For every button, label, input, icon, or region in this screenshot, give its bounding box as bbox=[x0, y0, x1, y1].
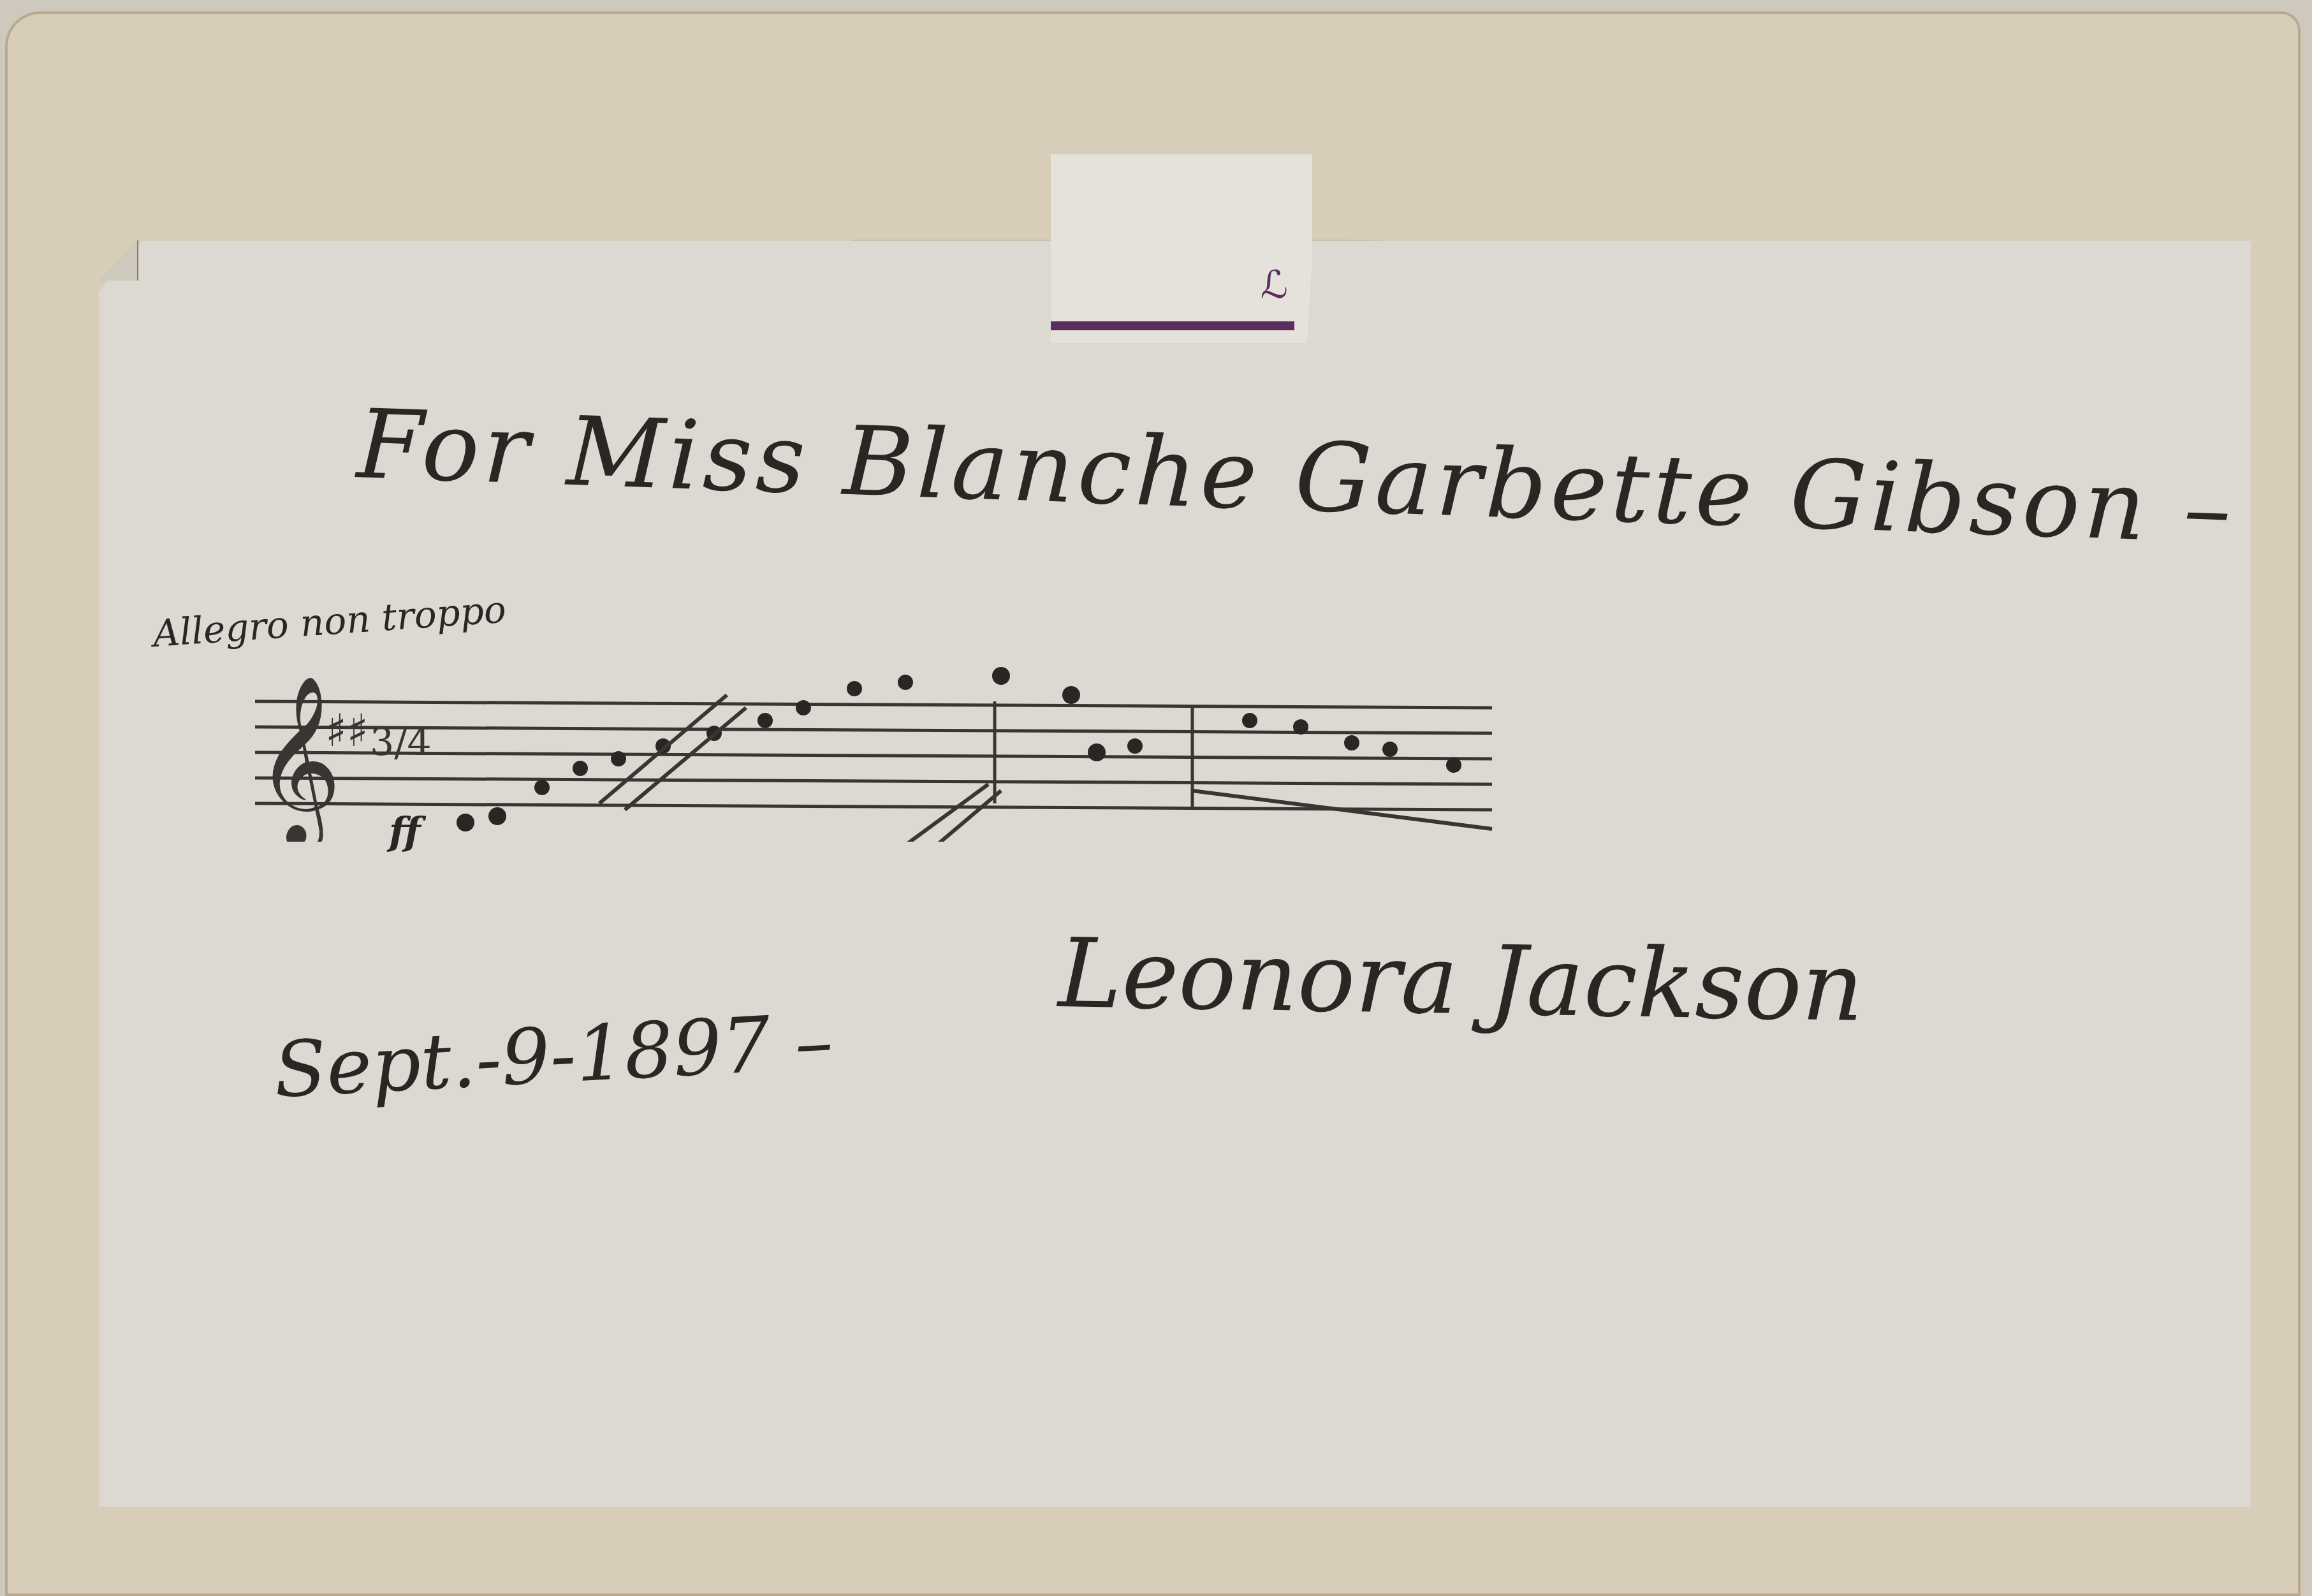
signature: Leonora Jackson bbox=[1057, 918, 1864, 1043]
stamp-hinge: ℒ bbox=[1051, 154, 1312, 343]
time-signature: 3/4 bbox=[370, 721, 432, 765]
stamp-border-line bbox=[1051, 321, 1294, 330]
music-staff: 𝄞 ♯♯ 3/4 bbox=[242, 638, 1518, 842]
key-signature-sharps: ♯♯ bbox=[325, 705, 369, 757]
dynamic-marking: ff bbox=[389, 810, 421, 854]
treble-clef-icon: 𝄞 bbox=[255, 675, 342, 842]
stamp-fragment-mark: ℒ bbox=[1261, 263, 1288, 307]
